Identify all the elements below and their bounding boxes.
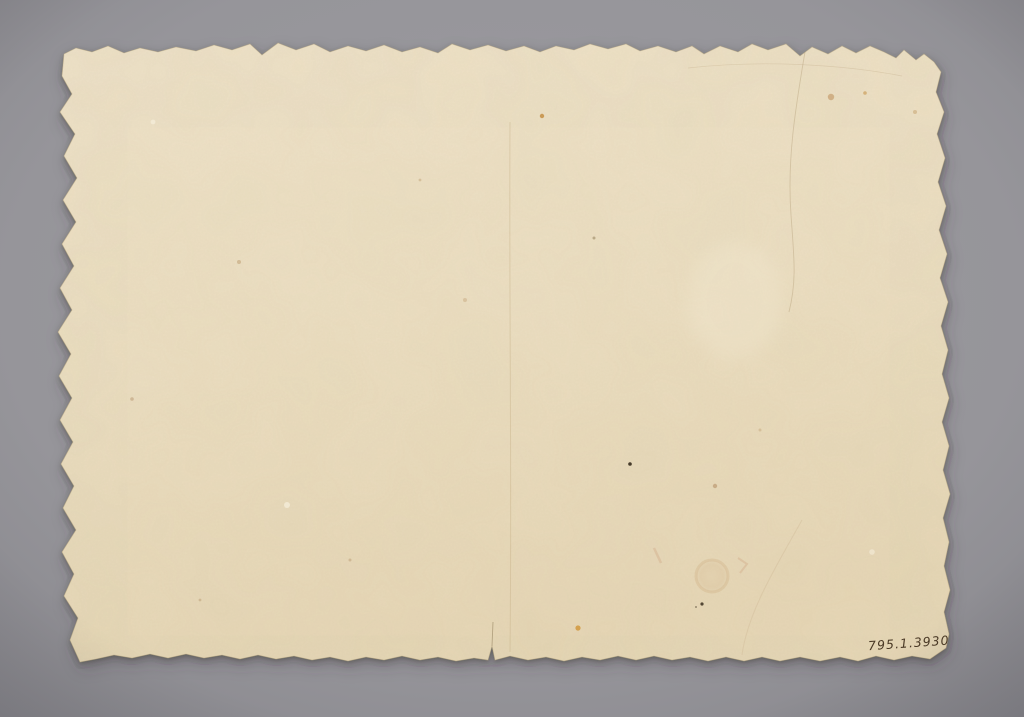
paper-spot: [759, 429, 762, 432]
paper-spot: [575, 625, 580, 630]
paper-spot: [695, 606, 697, 608]
paper-spot: [828, 94, 834, 100]
paper-spot: [700, 602, 703, 605]
paper-spot: [284, 502, 290, 508]
paper-spot: [419, 179, 422, 182]
photo-canvas: 795.1.3930: [0, 0, 1024, 717]
paper-spot: [713, 484, 717, 488]
paper-spot: [349, 559, 352, 562]
paper-spot: [863, 91, 867, 95]
paper-spot: [130, 397, 134, 401]
light-worn-patch: [687, 242, 783, 358]
paper-spot: [628, 462, 632, 466]
paper-spot: [151, 120, 156, 125]
paper-surface: 795.1.3930: [40, 30, 970, 680]
circular-stain: [696, 560, 728, 592]
paper-spot: [869, 549, 875, 555]
paper-spot: [540, 114, 544, 118]
paper-grain-texture: [40, 30, 970, 680]
paper-spot: [593, 237, 596, 240]
paper-spot: [463, 298, 467, 302]
paper-spot: [913, 110, 917, 114]
paper-spot: [199, 599, 202, 602]
paper-spot: [237, 260, 241, 264]
photograph: 795.1.3930: [0, 0, 1024, 717]
